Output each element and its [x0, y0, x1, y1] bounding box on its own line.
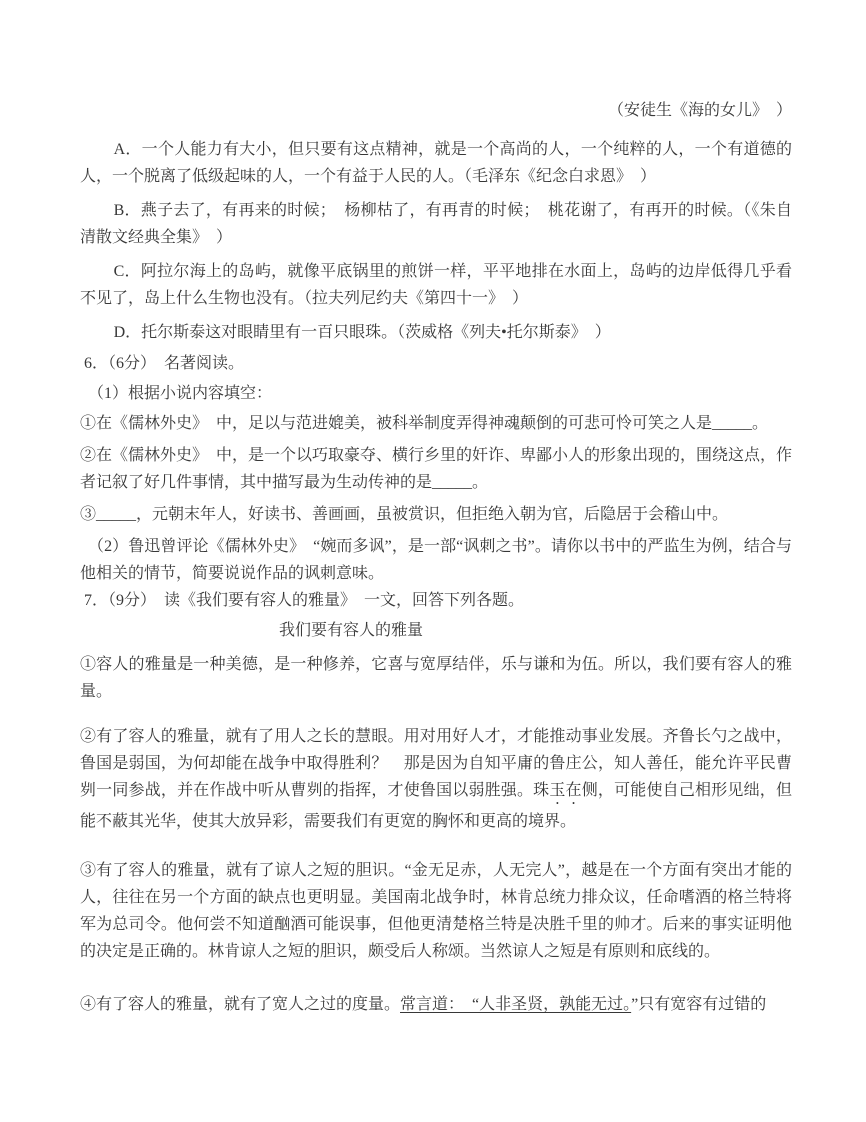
- question-7-heading: 7．（9分） 读《我们要有容人的雅量》 一文，回答下列各题。: [80, 587, 792, 614]
- essay-paragraph-4-post: ”只有宽容有过错的: [631, 996, 766, 1013]
- question-6-blank-item-1: ①在《儒林外史》 中，足以与范进媲美，被科举制度弄得神魂颠倒的可悲可怜可笑之人是…: [80, 410, 792, 437]
- essay-paragraph-4-pre: ④有了容人的雅量，就有了宽人之过的度量。: [80, 996, 400, 1013]
- essay-paragraph-1: ①容人的雅量是一种美德，是一种修养，它喜与宽厚结伴，乐与谦和为伍。所以，我们要有…: [80, 651, 792, 705]
- essay-paragraph-4-underlined-quote: 常言道： “人非圣贤，孰能无过。: [400, 996, 631, 1013]
- question-6-part2: （2）鲁迅曾评论《儒林外史》 “婉而多讽”，是一部“讽刺之书”。请你以书中的严监…: [80, 533, 792, 587]
- option-a: A．一个人能力有大小，但只要有这点精神，就是一个高尚的人，一个纯粹的人，一个有道…: [80, 136, 792, 190]
- question-6-blank-item-2: ②在《儒林外史》 中，是一个以巧取豪夺、横行乡里的奸诈、卑鄙小人的形象出现的，围…: [80, 442, 792, 496]
- question-6-blank-item-3: ③_____，元朝末年人，好读书、善画画，虽被赏识，但拒绝入朝为官，后隐居于会稽…: [80, 501, 792, 528]
- essay-paragraph-3: ③有了容人的雅量，就有了谅人之短的胆识。“金无足赤，人无完人”，越是在一个方面有…: [80, 857, 792, 965]
- essay-paragraph-2: ②有了容人的雅量，就有了用人之长的慧眼。用对用好人才，才能推动事业发展。齐鲁长勺…: [80, 723, 792, 835]
- essay-paragraph-2-emphasized: 玉在: [549, 782, 581, 799]
- option-c: C．阿拉尔海上的岛屿，就像平底锅里的煎饼一样，平平地排在水面上，岛屿的边岸低得几…: [80, 258, 792, 312]
- option-d: D．托尔斯泰这对眼睛里有一百只眼珠。（茨威格《列夫•托尔斯泰》 ）: [80, 319, 792, 346]
- question-6-heading: 6．（6分） 名著阅读。: [80, 350, 792, 377]
- option-b: B．燕子去了，有再来的时候； 杨柳枯了，有再青的时候； 桃花谢了，有再开的时候。…: [80, 197, 792, 251]
- exam-document-page: （安徒生《海的女儿》 ） A．一个人能力有大小，但只要有这点精神，就是一个高尚的…: [0, 0, 866, 1122]
- essay-paragraph-4: ④有了容人的雅量，就有了宽人之过的度量。常言道： “人非圣贤，孰能无过。”只有宽…: [80, 991, 792, 1018]
- source-attribution: （安徒生《海的女儿》 ）: [80, 97, 792, 124]
- question-6-part1-label: （1）根据小说内容填空：: [80, 380, 792, 407]
- document-content: （安徒生《海的女儿》 ） A．一个人能力有大小，但只要有这点精神，就是一个高尚的…: [80, 97, 792, 1018]
- essay-title: 我们要有容人的雅量: [80, 617, 792, 644]
